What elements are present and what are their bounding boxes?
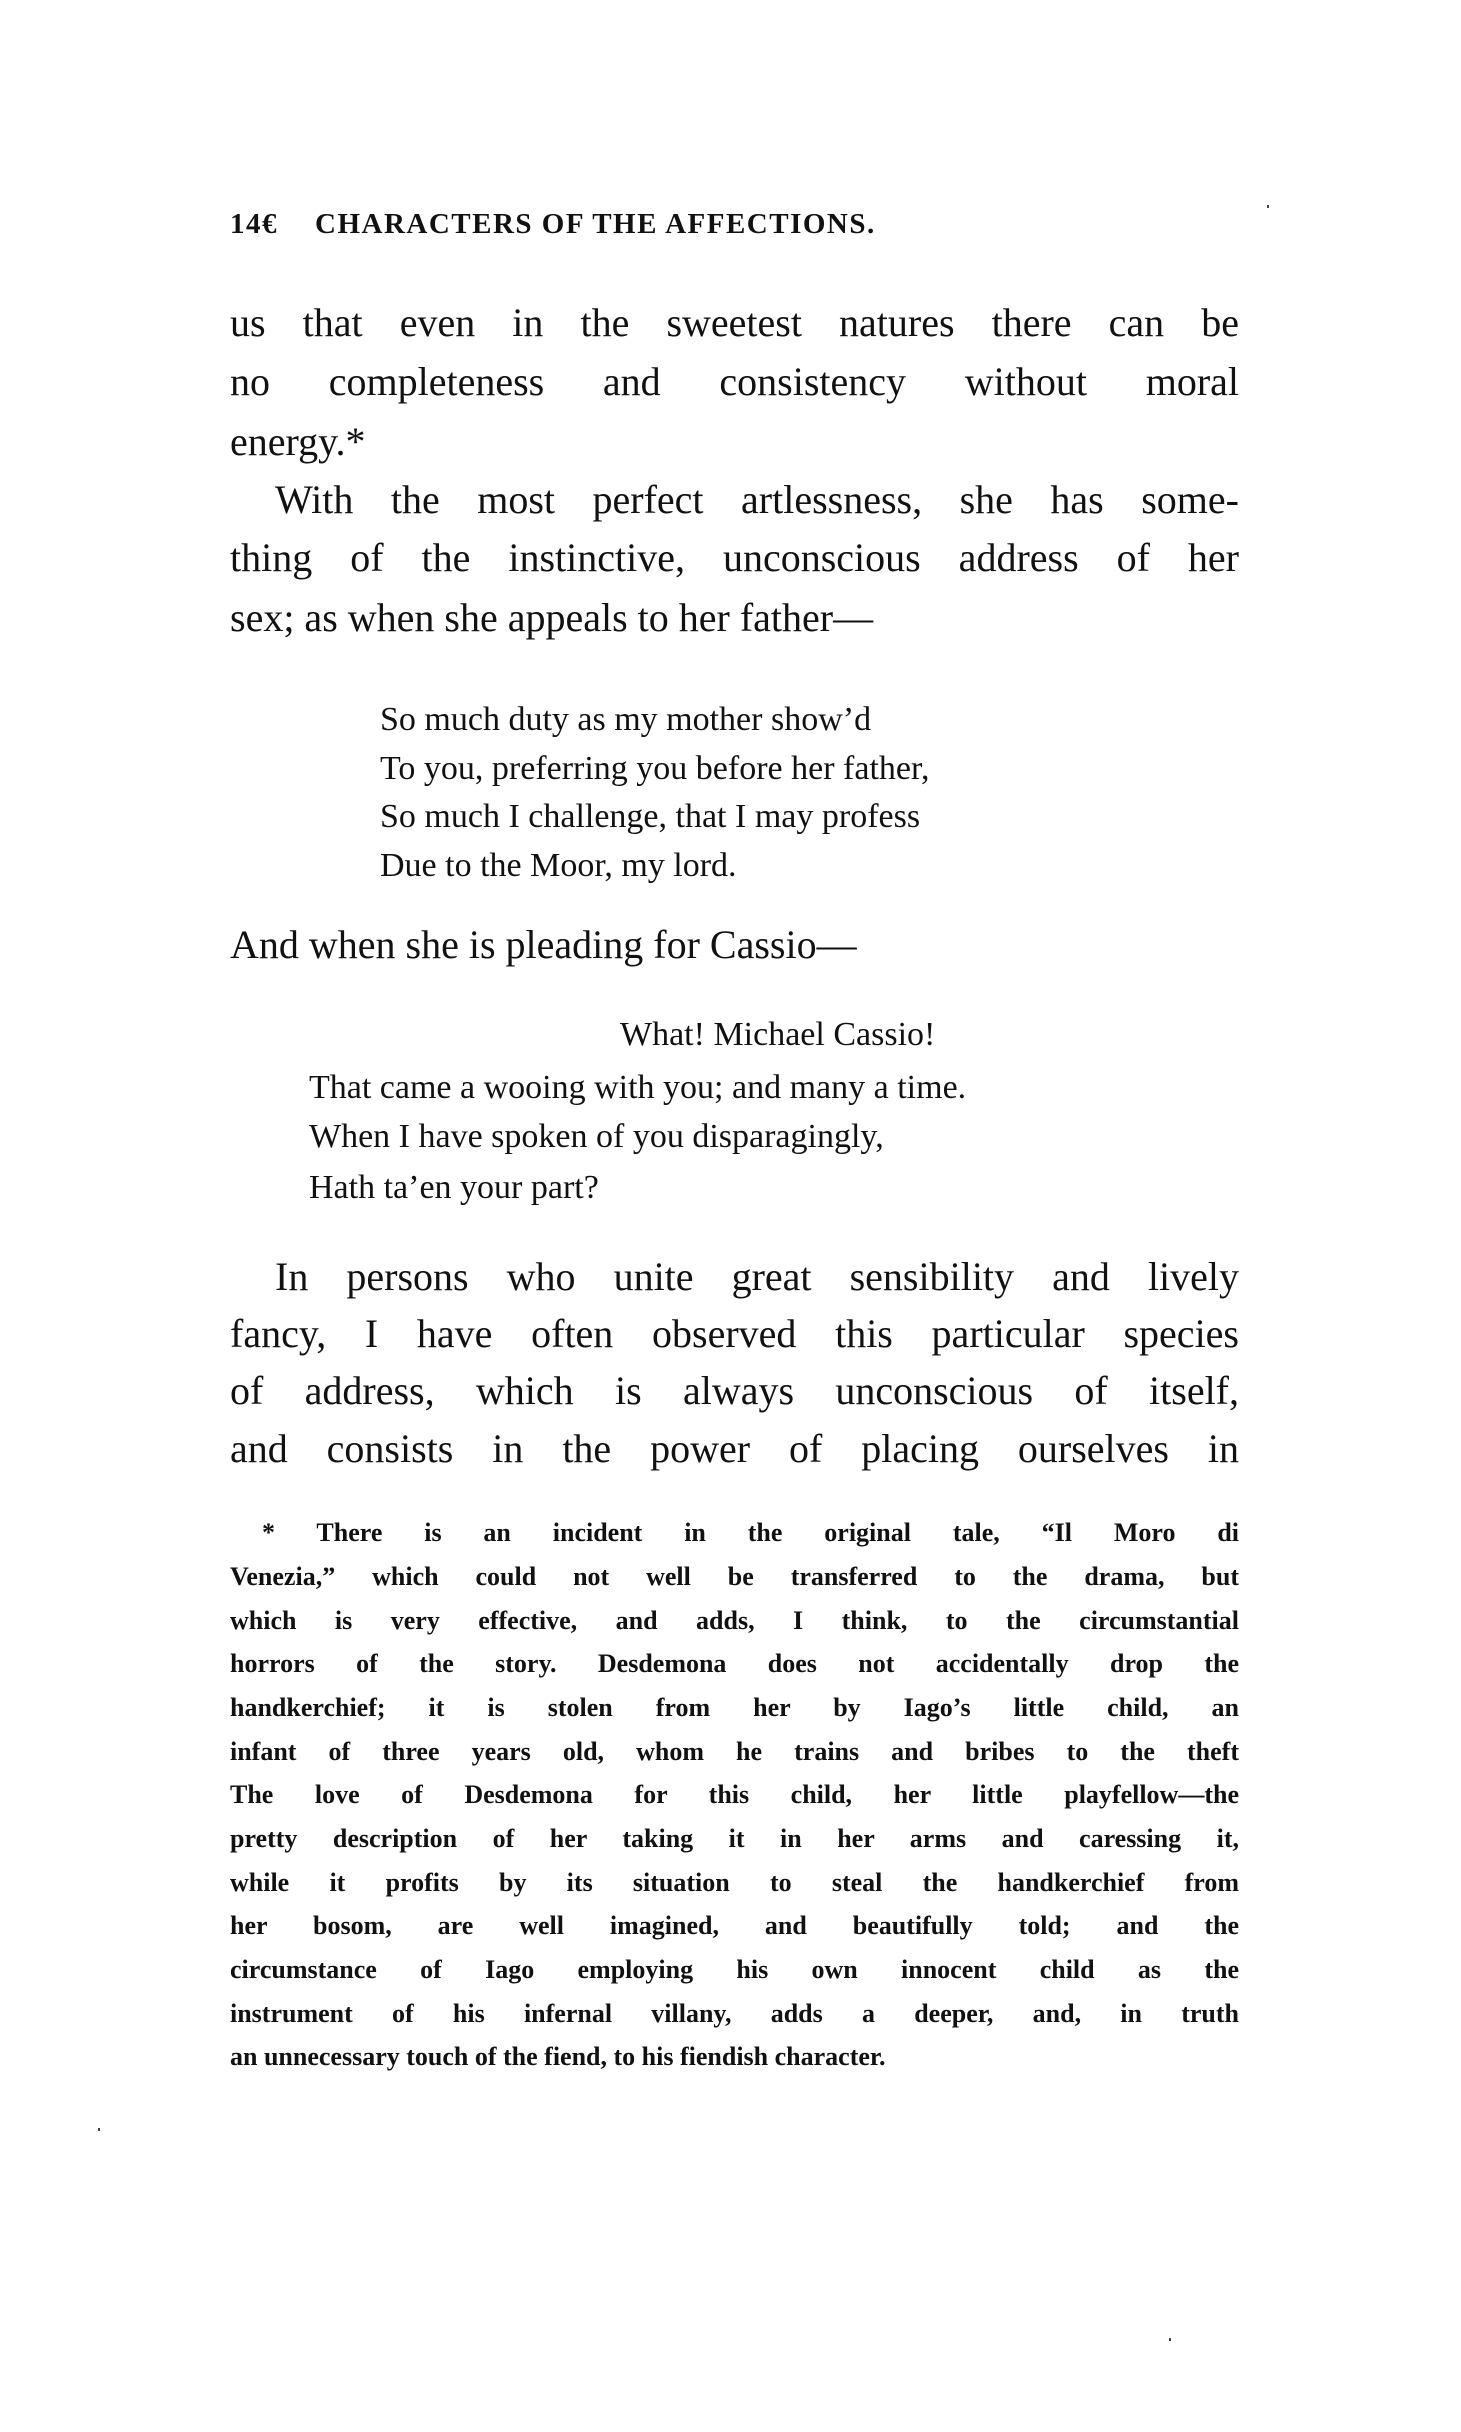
footnote-line: horrors of the story. Desdemona does not… — [230, 1651, 1239, 1677]
footnote-line: handkerchief; it is stolen from her by I… — [230, 1695, 1239, 1721]
verse-line: To you, preferring you before her father… — [380, 752, 929, 786]
verse-line: When I have spoken of you disparagingly, — [309, 1120, 884, 1154]
footnote-line: her bosom, are well imagined, and beauti… — [230, 1913, 1239, 1939]
footnote-line: * There is an incident in the original t… — [262, 1520, 1239, 1546]
body-line: And when she is pleading for Cassio— — [230, 925, 857, 965]
running-title: CHARACTERS OF THE AFFECTIONS. — [315, 208, 876, 240]
verse-line: That came a wooing with you; and many a … — [309, 1071, 966, 1105]
scan-speck — [1267, 205, 1269, 208]
verse-line: So much duty as my mother show’d — [380, 703, 871, 737]
scan-speck — [1169, 2338, 1171, 2341]
footnote-line: instrument of his infernal villany, adds… — [230, 2001, 1239, 2027]
footnote-line: infant of three years old, whom he train… — [230, 1739, 1239, 1765]
body-line: sex; as when she appeals to her father— — [230, 598, 873, 638]
body-line: thing of the instinctive, unconscious ad… — [230, 538, 1239, 578]
body-line: us that even in the sweetest natures the… — [230, 303, 1239, 343]
body-line: fancy, I have often observed this partic… — [230, 1314, 1239, 1354]
running-head: 14€CHARACTERS OF THE AFFECTIONS. — [230, 208, 1130, 241]
verse-line: So much I challenge, that I may profess — [380, 800, 920, 834]
body-line: no completeness and consistency without … — [230, 362, 1239, 402]
footnote-line: pretty description of her taking it in h… — [230, 1826, 1239, 1852]
footnote-line: which is very effective, and adds, I thi… — [230, 1608, 1239, 1634]
page-number: 14€ — [230, 208, 315, 241]
verse-line: Hath ta’en your part? — [309, 1171, 599, 1205]
paragraph-first-line: With the most perfect artlessness, she h… — [275, 480, 1239, 520]
footnote-line: The love of Desdemona for this child, he… — [230, 1782, 1239, 1808]
footnote-line: Venezia,” which could not well be transf… — [230, 1564, 1239, 1590]
body-line: of address, which is always unconscious … — [230, 1371, 1239, 1411]
body-line: energy.* — [230, 422, 366, 462]
book-page: 14€CHARACTERS OF THE AFFECTIONS. us that… — [0, 0, 1461, 2432]
scan-speck — [98, 2128, 100, 2131]
footnote-line: circumstance of Iago employing his own i… — [230, 1957, 1239, 1983]
verse-line: What! Michael Cassio! — [620, 1018, 935, 1052]
paragraph-first-line: In persons who unite great sensibility a… — [275, 1257, 1239, 1297]
verse-line: Due to the Moor, my lord. — [380, 849, 737, 883]
body-line: and consists in the power of placing our… — [230, 1429, 1239, 1469]
footnote-line: while it profits by its situation to ste… — [230, 1870, 1239, 1896]
footnote-line: an unnecessary touch of the fiend, to hi… — [230, 2044, 886, 2070]
